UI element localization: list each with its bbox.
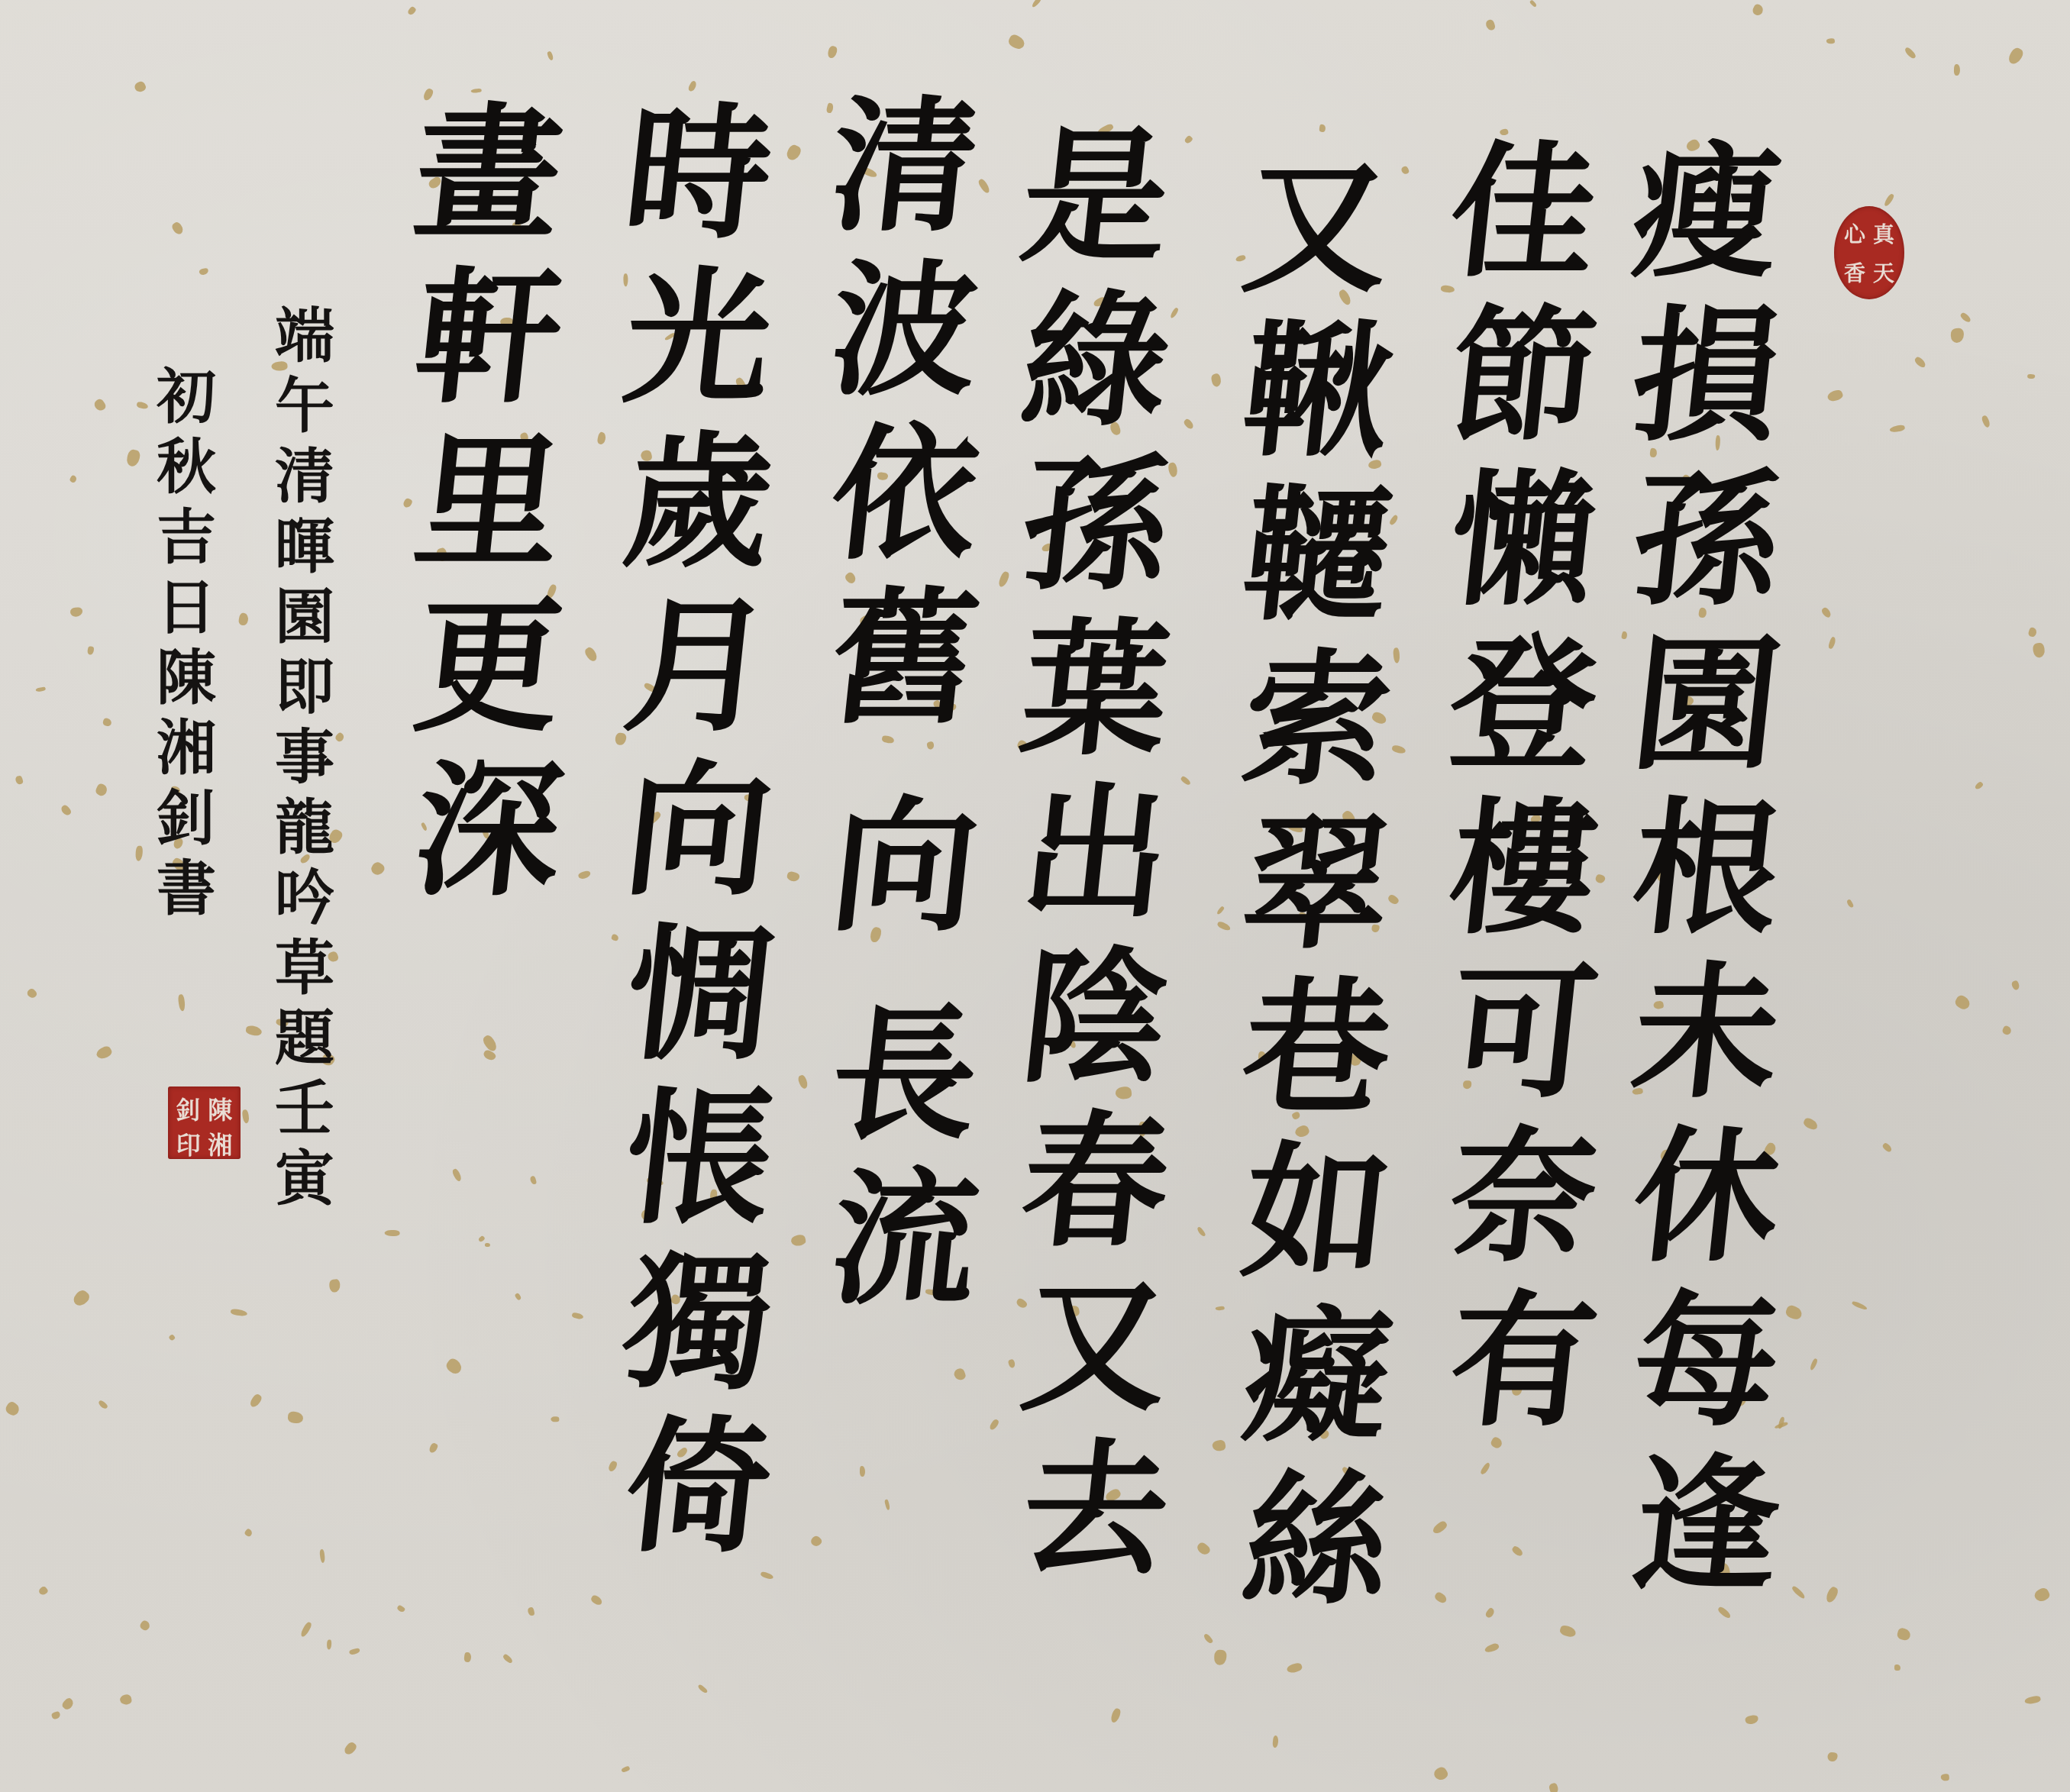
gold-fleck xyxy=(288,1411,304,1424)
gold-fleck xyxy=(485,1242,490,1247)
gold-fleck xyxy=(2032,642,2046,658)
gold-fleck xyxy=(199,268,209,276)
poem-char: 索 xyxy=(1236,638,1399,802)
gold-fleck xyxy=(327,1640,331,1650)
gold-fleck xyxy=(1826,1586,1840,1604)
inscription-char: 初 xyxy=(157,363,216,433)
gold-fleck xyxy=(2001,1025,2012,1035)
poem-char: 畫 xyxy=(408,92,570,256)
poem-char: 如 xyxy=(1236,1130,1399,1294)
gold-fleck xyxy=(577,870,591,880)
gold-fleck xyxy=(119,1694,132,1705)
gold-fleck xyxy=(1484,1607,1496,1619)
gold-fleck xyxy=(528,1606,535,1616)
poem-char: 出 xyxy=(1015,771,1177,935)
gold-fleck xyxy=(70,607,82,617)
poem-column-6: 時 光 歲 月 向 惆 悵 獨 倚 xyxy=(626,92,771,1569)
inscription-char: 吟 xyxy=(275,864,334,934)
gold-fleck xyxy=(1904,46,1917,60)
gold-fleck xyxy=(1110,1707,1122,1723)
gold-fleck xyxy=(1954,64,1960,76)
inscription-char: 草 xyxy=(275,934,334,1004)
poem-column-4: 是 綠 孫 葉 出 陰 春 又 去 xyxy=(1023,115,1168,1592)
gold-fleck xyxy=(138,1619,151,1632)
gold-fleck xyxy=(334,731,345,743)
poem-char: 向 xyxy=(819,741,991,993)
gold-fleck xyxy=(69,474,78,483)
gold-fleck xyxy=(1400,166,1410,175)
poem-char: 獨 xyxy=(618,1241,780,1405)
gold-fleck xyxy=(1180,776,1191,786)
gold-fleck xyxy=(1913,356,1927,369)
gold-fleck xyxy=(2027,374,2036,379)
gold-fleck xyxy=(481,1033,499,1052)
gold-fleck xyxy=(238,612,249,626)
poem-char: 佳 xyxy=(1442,130,1605,294)
seal-char: 釗 xyxy=(173,1091,205,1126)
gold-fleck xyxy=(37,1585,49,1597)
poem-char: 去 xyxy=(1015,1428,1177,1592)
inscription-char: 陳 xyxy=(157,644,216,714)
poem-char: 登 xyxy=(1442,622,1605,786)
gold-fleck xyxy=(249,1393,263,1409)
gold-fleck xyxy=(953,1367,967,1381)
gold-fleck xyxy=(60,803,73,817)
poem-char: 舊 xyxy=(824,576,987,741)
gold-fleck xyxy=(1953,993,1972,1011)
gold-fleck xyxy=(1196,1541,1212,1557)
gold-fleck xyxy=(1007,33,1027,51)
gold-fleck xyxy=(231,1309,247,1317)
poem-char: 深 xyxy=(408,748,570,912)
inscription-char: 釗 xyxy=(157,784,216,854)
poem-char: 長 xyxy=(824,993,987,1157)
poem-char: 清 xyxy=(824,84,987,248)
poem-char: 損 xyxy=(1626,294,1788,458)
poem-char: 孫 xyxy=(1626,458,1788,622)
gold-fleck xyxy=(1432,1519,1448,1535)
gold-fleck xyxy=(299,1621,312,1639)
gold-fleck xyxy=(1008,1359,1016,1368)
inscription-char: 事 xyxy=(275,723,334,793)
gold-fleck xyxy=(169,1334,176,1342)
seal-char: 陳 xyxy=(205,1091,237,1126)
gold-fleck xyxy=(514,1293,522,1301)
gold-fleck xyxy=(1828,1752,1838,1762)
gold-fleck xyxy=(1184,134,1193,144)
poem-char: 悵 xyxy=(618,1077,780,1241)
inscription-char: 壬 xyxy=(275,1074,334,1145)
gold-fleck xyxy=(1981,415,1991,428)
poem-char: 向 xyxy=(618,748,780,912)
poem-char: 歲 xyxy=(618,420,780,584)
gold-fleck xyxy=(797,1074,809,1090)
seal-char: 香 xyxy=(1840,253,1869,292)
poem-char: 葉 xyxy=(1015,607,1177,771)
gold-fleck xyxy=(547,50,554,60)
gold-fleck xyxy=(997,570,1010,588)
gold-fleck xyxy=(1272,1735,1279,1748)
inscription-char: 寅 xyxy=(275,1145,334,1215)
gold-fleck xyxy=(451,1167,463,1182)
poem-char: 倚 xyxy=(618,1405,780,1569)
gold-fleck xyxy=(1391,744,1406,754)
gold-fleck xyxy=(51,1711,61,1720)
gold-fleck xyxy=(102,718,112,728)
gold-fleck xyxy=(241,1109,250,1124)
poem-column-3: 又 鞦 韆 索 翠 巷 如 癡 絲 xyxy=(1245,145,1390,1622)
seal-char: 真 xyxy=(1869,214,1898,253)
gold-fleck xyxy=(590,1594,604,1606)
poem-char: 根 xyxy=(1626,786,1788,951)
poem-char: 節 xyxy=(1442,294,1605,458)
gold-fleck xyxy=(989,1418,999,1430)
inscription-char: 即 xyxy=(275,653,334,723)
poem-char: 逢 xyxy=(1626,1443,1788,1607)
gold-fleck xyxy=(1511,1545,1524,1557)
gold-fleck xyxy=(786,870,800,883)
gold-fleck xyxy=(1826,389,1844,403)
gold-fleck xyxy=(35,686,46,692)
gold-fleck xyxy=(1216,920,1232,932)
gold-fleck xyxy=(784,143,802,163)
poem-char: 春 xyxy=(1015,1099,1177,1264)
poem-char: 又 xyxy=(1236,145,1399,309)
inscription-char: 龍 xyxy=(275,793,334,864)
gold-fleck xyxy=(2033,1587,2052,1604)
gold-fleck xyxy=(1484,19,1496,32)
gold-fleck xyxy=(2007,46,2025,66)
gold-fleck xyxy=(1894,1664,1900,1670)
poem-char: 翠 xyxy=(1236,802,1399,966)
gold-fleck xyxy=(4,1400,21,1418)
seal-char: 湘 xyxy=(205,1126,237,1161)
gold-fleck xyxy=(1183,418,1195,431)
gold-fleck xyxy=(1558,1624,1577,1638)
poem-char: 時 xyxy=(618,92,780,256)
poem-char: 里 xyxy=(408,420,570,584)
inscription-char: 暉 xyxy=(275,512,334,583)
inscription-char: 端 xyxy=(275,302,334,372)
gold-fleck xyxy=(1745,1714,1758,1724)
gold-fleck xyxy=(396,1604,405,1613)
gold-fleck xyxy=(2024,1695,2041,1705)
gold-fleck xyxy=(478,1235,486,1242)
gold-fleck xyxy=(1203,1632,1214,1644)
gold-fleck xyxy=(884,1499,891,1510)
gold-fleck xyxy=(343,1740,358,1756)
gold-fleck xyxy=(1432,1765,1450,1783)
poem-char: 孫 xyxy=(1015,443,1177,607)
gold-fleck xyxy=(1210,373,1222,388)
gold-fleck xyxy=(610,933,618,941)
gold-fleck xyxy=(1479,1462,1490,1476)
seal-char: 心 xyxy=(1840,214,1869,253)
inscription-column-2: 初 秋 吉 日 陳 湘 釗 書 xyxy=(157,363,216,925)
poem-char: 癡 xyxy=(1236,1294,1399,1458)
poem-char: 絲 xyxy=(1236,1458,1399,1622)
gold-fleck xyxy=(1826,37,1835,44)
gold-fleck xyxy=(1828,637,1837,650)
gold-fleck xyxy=(1951,328,1964,343)
gold-fleck xyxy=(1941,1774,1949,1781)
gold-fleck xyxy=(809,1534,823,1548)
gold-fleck xyxy=(1809,1358,1818,1372)
gold-fleck xyxy=(1196,1226,1206,1238)
poem-char: 月 xyxy=(618,584,780,748)
poem-char: 又 xyxy=(1015,1264,1177,1428)
poem-char: 流 xyxy=(824,1157,987,1321)
gold-fleck xyxy=(1974,781,1984,791)
gold-fleck xyxy=(1214,1650,1227,1666)
gold-fleck xyxy=(1881,1142,1894,1154)
gold-fleck xyxy=(349,1648,360,1655)
gold-fleck xyxy=(463,1652,471,1662)
poem-char: 綠 xyxy=(1015,279,1177,443)
inscription-char: 午 xyxy=(275,372,334,442)
gold-fleck xyxy=(826,45,838,60)
gold-fleck xyxy=(25,987,37,1000)
gold-fleck xyxy=(1621,631,1628,640)
gold-fleck xyxy=(171,221,186,236)
inscription-char: 書 xyxy=(157,854,216,925)
gold-fleck xyxy=(977,178,990,194)
gold-fleck xyxy=(860,1466,865,1477)
gold-fleck xyxy=(95,1045,113,1061)
gold-fleck xyxy=(60,1697,75,1711)
gold-fleck xyxy=(1820,606,1833,619)
gold-fleck xyxy=(402,497,413,509)
seal-char: 天 xyxy=(1869,253,1898,292)
poem-char: 園 xyxy=(1626,622,1788,786)
gold-fleck xyxy=(15,775,24,785)
poem-char: 光 xyxy=(618,256,780,420)
poem-column-2: 佳 節 懶 登 樓 可 奈 有 xyxy=(1451,130,1596,1443)
poem-char: 每 xyxy=(1626,1279,1788,1443)
inscription-column-1: 端 午 清 暉 園 即 事 龍 吟 草 題 壬 寅 xyxy=(275,302,334,1215)
gold-fleck xyxy=(444,1357,464,1376)
poem-char: 巷 xyxy=(1236,966,1399,1130)
inscription-char: 題 xyxy=(275,1004,334,1074)
gold-fleck xyxy=(135,845,144,860)
gold-fleck xyxy=(136,401,149,409)
poem-char: 有 xyxy=(1442,1279,1605,1443)
gold-fleck xyxy=(1031,0,1041,8)
poem-char: 休 xyxy=(1626,1115,1788,1279)
gold-fleck xyxy=(1889,425,1905,434)
gold-fleck xyxy=(483,1049,497,1062)
poem-char: 韆 xyxy=(1236,473,1399,638)
gold-fleck xyxy=(406,5,416,15)
poem-char: 軒 xyxy=(408,256,570,420)
gold-fleck xyxy=(583,646,599,663)
poem-char: 依 xyxy=(824,412,987,576)
gold-fleck xyxy=(1752,3,1765,17)
gold-fleck xyxy=(385,1230,400,1236)
gold-fleck xyxy=(329,1279,341,1293)
gold-fleck xyxy=(1216,906,1225,915)
gold-fleck xyxy=(1959,312,1972,323)
poem-char: 樓 xyxy=(1442,786,1605,951)
gold-fleck xyxy=(1319,124,1326,132)
gold-fleck xyxy=(1212,1439,1226,1452)
gold-fleck xyxy=(502,1654,514,1665)
gold-fleck xyxy=(790,1234,806,1247)
poem-char: 陰 xyxy=(1015,935,1177,1099)
gold-fleck xyxy=(178,993,186,1011)
gold-fleck xyxy=(125,448,140,467)
poem-char: 更 xyxy=(408,584,570,748)
gold-fleck xyxy=(1884,193,1895,208)
gold-fleck xyxy=(571,1313,583,1320)
gold-fleck xyxy=(1846,899,1854,909)
gold-fleck xyxy=(71,1288,92,1309)
inscription-char: 秋 xyxy=(157,433,216,503)
gold-fleck xyxy=(697,1684,709,1694)
gold-fleck xyxy=(1802,1116,1819,1131)
gold-fleck xyxy=(319,1549,325,1564)
inscription-char: 吉 xyxy=(157,503,216,573)
gold-fleck xyxy=(1484,1642,1500,1655)
name-seal: 釗 陳 印 湘 xyxy=(168,1087,241,1159)
gold-fleck xyxy=(529,1175,537,1185)
inscription-char: 日 xyxy=(157,573,216,644)
gold-fleck xyxy=(1286,1661,1303,1674)
poem-char: 奈 xyxy=(1442,1115,1605,1279)
gold-fleck xyxy=(1216,1306,1225,1310)
gold-fleck xyxy=(1784,1304,1804,1322)
poem-char: 波 xyxy=(824,248,987,412)
gold-fleck xyxy=(87,646,95,655)
gold-fleck xyxy=(2010,980,2020,990)
gold-fleck xyxy=(97,1399,108,1409)
gold-fleck xyxy=(94,783,108,798)
poem-column-7: 畫 軒 里 更 深 xyxy=(416,92,561,912)
inscription-char: 湘 xyxy=(157,714,216,784)
poem-char: 瘦 xyxy=(1626,130,1788,294)
poem-char: 未 xyxy=(1626,951,1788,1115)
gold-fleck xyxy=(244,1528,254,1538)
poem-char: 懶 xyxy=(1442,458,1605,622)
gold-fleck xyxy=(92,398,107,413)
poem-char: 可 xyxy=(1442,951,1605,1115)
gold-fleck xyxy=(608,1461,618,1473)
gold-fleck xyxy=(2027,627,2037,638)
poem-column-1: 瘦 損 孫 園 根 未 休 每 逢 xyxy=(1634,130,1779,1607)
gold-fleck xyxy=(370,860,386,877)
gold-fleck xyxy=(1852,1300,1868,1310)
gold-fleck xyxy=(1529,0,1536,8)
inscription-char: 清 xyxy=(275,442,334,512)
gold-fleck xyxy=(133,80,147,94)
seal-char: 印 xyxy=(173,1126,205,1161)
gold-fleck xyxy=(622,1765,631,1773)
gold-fleck xyxy=(1896,1627,1912,1642)
gold-fleck xyxy=(1791,1585,1807,1600)
inscription-char: 園 xyxy=(275,583,334,653)
leading-seal: 心 真 香 天 xyxy=(1834,206,1904,299)
gold-fleck xyxy=(1548,1783,1559,1792)
gold-fleck xyxy=(245,1025,263,1036)
gold-fleck xyxy=(597,431,607,444)
poem-char: 惆 xyxy=(618,912,780,1077)
gold-fleck xyxy=(551,1416,560,1422)
gold-fleck xyxy=(1433,1591,1448,1605)
gold-fleck xyxy=(760,1571,773,1581)
poem-char: 鞦 xyxy=(1236,309,1399,473)
poem-column-5: 清 波 依 舊 向 長 流 xyxy=(832,84,977,1321)
gold-fleck xyxy=(428,1442,439,1454)
poem-char: 是 xyxy=(1015,115,1177,279)
